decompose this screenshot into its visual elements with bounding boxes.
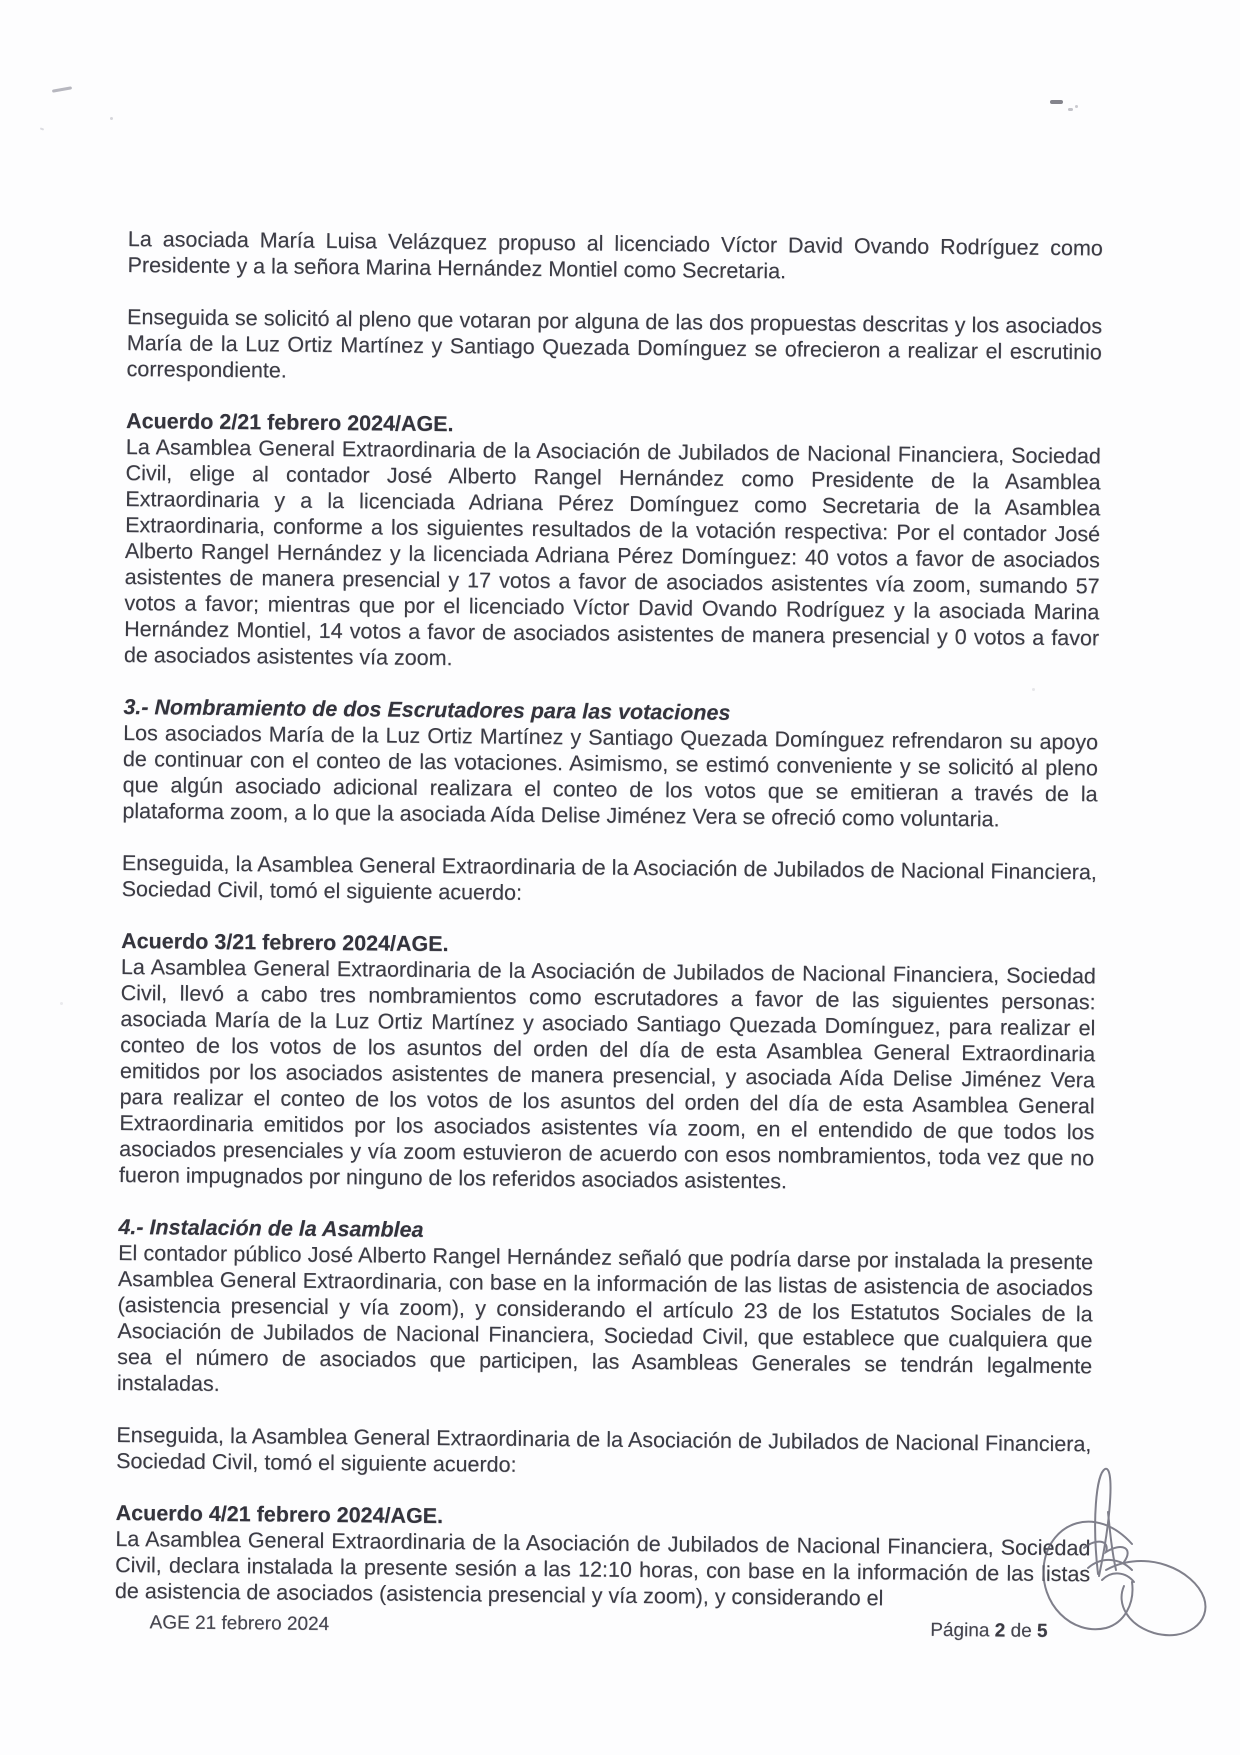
paragraph: La asociada María Luisa Velázquez propus… xyxy=(128,226,1103,287)
document-page: La asociada María Luisa Velázquez propus… xyxy=(0,0,1240,1755)
document-body: La asociada María Luisa Velázquez propus… xyxy=(114,226,1102,1644)
scan-artifact xyxy=(1050,100,1063,104)
scan-artifact xyxy=(40,127,44,130)
section-title: Instalación de la Asamblea xyxy=(149,1215,423,1242)
page-footer: AGE 21 febrero 2024 Página 2 de 5 xyxy=(114,1611,1089,1644)
scan-artifact xyxy=(1075,105,1078,108)
paragraph: Enseguida, la Asamblea General Extraordi… xyxy=(116,1422,1091,1483)
paragraph: La Asamblea General Extraordinaria de la… xyxy=(124,434,1101,677)
paragraph: Los asociados María de la Luz Ortiz Mart… xyxy=(122,720,1098,833)
footer-date: AGE 21 febrero 2024 xyxy=(149,1611,329,1637)
paragraph: Enseguida, la Asamblea General Extraordi… xyxy=(122,850,1097,911)
paragraph: La Asamblea General Extraordinaria de la… xyxy=(115,1526,1091,1613)
page-number: Página 2 de 5 xyxy=(930,1619,1048,1644)
page-number-current: 2 xyxy=(995,1620,1006,1641)
page-number-separator: de xyxy=(1010,1621,1031,1642)
scan-artifact xyxy=(52,86,72,92)
scan-artifact xyxy=(110,117,113,120)
section-number: 4.- xyxy=(118,1215,143,1239)
scan-artifact xyxy=(60,1002,63,1005)
paragraph: Enseguida se solicitó al pleno que votar… xyxy=(127,304,1103,391)
scanned-document: { "document": { "blocks": [ { "type": "p… xyxy=(0,0,1240,1755)
paragraph: La Asamblea General Extraordinaria de la… xyxy=(119,954,1096,1197)
paragraph: El contador público José Alberto Rangel … xyxy=(117,1240,1093,1405)
section-number: 3.- xyxy=(123,695,148,719)
page-number-total: 5 xyxy=(1037,1621,1048,1642)
page-number-label: Página xyxy=(930,1620,989,1642)
scan-artifact xyxy=(1068,108,1073,111)
